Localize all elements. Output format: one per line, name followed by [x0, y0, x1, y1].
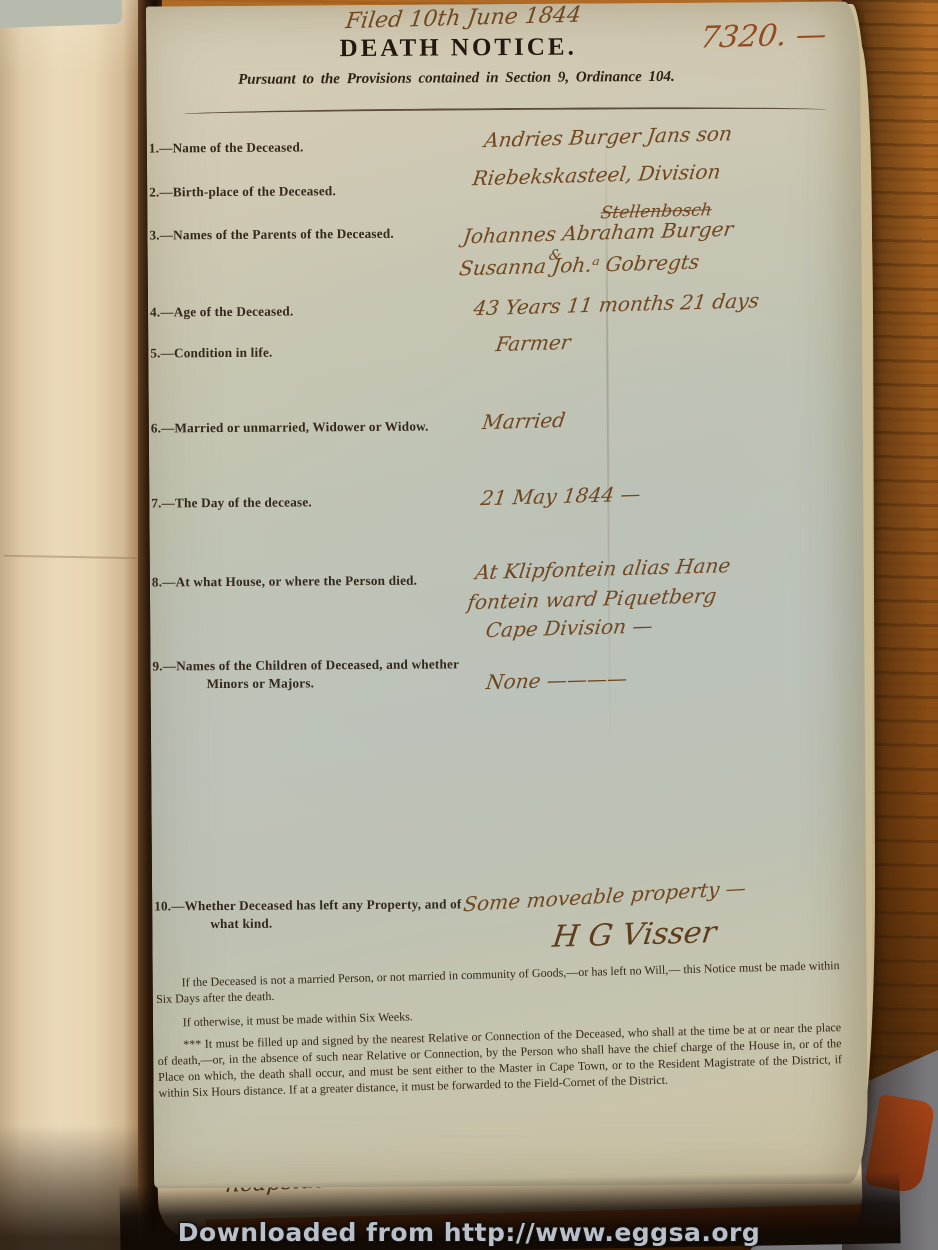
field-label-parents: 3.—Names of the Parents of the Deceased.	[149, 226, 393, 244]
field-label-age: 4.—Age of the Deceased.	[150, 303, 294, 320]
field-label-children-line1: 9.—Names of the Children of Deceased, an…	[152, 656, 459, 674]
table-sliver	[0, 0, 123, 28]
field-label-property-line1: 10.—Whether Deceased has left any Proper…	[154, 896, 461, 914]
answer-parents-line2: Susanna Joh.ᵃ Gobregts	[458, 250, 701, 281]
answer-place-of-death-line1: At Klipfontein alias Hane	[474, 553, 732, 584]
informant-signature: H G Visser	[551, 915, 719, 955]
answer-name-of-deceased: Andries Burger Jans son	[483, 121, 734, 152]
answer-condition-in-life: Farmer	[494, 330, 572, 356]
field-label-name-of-deceased: 1.—Name of the Deceased.	[149, 139, 304, 156]
header-rule	[183, 106, 827, 115]
answer-place-of-death-line2: fontein ward Piquetberg	[466, 583, 718, 614]
answer-place-of-death-line3: Cape Division —	[484, 613, 654, 642]
death-notice-page: Filed 10th June 1844 DEATH NOTICE. 7320.…	[146, 2, 868, 1189]
curled-paper-stack	[0, 0, 154, 1250]
note-paragraph-instructions: *** It must be filled up and signed by t…	[157, 1019, 842, 1101]
field-label-condition-in-life: 5.—Condition in life.	[150, 345, 272, 362]
paper-crease	[4, 555, 144, 559]
field-label-place-of-death: 8.—At what House, or where the Person di…	[152, 573, 417, 591]
document-title: DEATH NOTICE.	[258, 33, 658, 64]
answer-parents-line1: Johannes Abraham Burger	[462, 217, 735, 249]
document-subtitle: Pursuant to the Provisions contained in …	[176, 68, 736, 89]
field-label-marital-status: 6.—Married or unmarried, Widower or Wido…	[151, 419, 429, 437]
answer-marital-status: Married	[481, 408, 567, 434]
field-label-day-of-decease: 7.—The Day of the decease.	[151, 494, 312, 511]
answer-birthplace: Riebekskasteel, Division	[471, 159, 722, 190]
field-label-birthplace: 2.—Birth-place of the Deceased.	[149, 183, 336, 200]
answer-age: 43 Years 11 months 21 days	[472, 288, 761, 320]
field-label-children-line2: Minors or Majors.	[207, 675, 315, 692]
reference-number-handwriting: 7320. —	[698, 17, 828, 56]
filed-date-handwriting: Filed 10th June 1844	[344, 3, 583, 35]
eggsa-watermark: Downloaded from http://www.eggsa.org	[0, 1218, 938, 1250]
answer-property: Some moveable property —	[462, 876, 747, 917]
answer-day-of-decease: 21 May 1844 —	[479, 482, 642, 510]
answer-children: None ————	[485, 666, 629, 694]
field-label-property-line2: what kind.	[210, 916, 272, 932]
